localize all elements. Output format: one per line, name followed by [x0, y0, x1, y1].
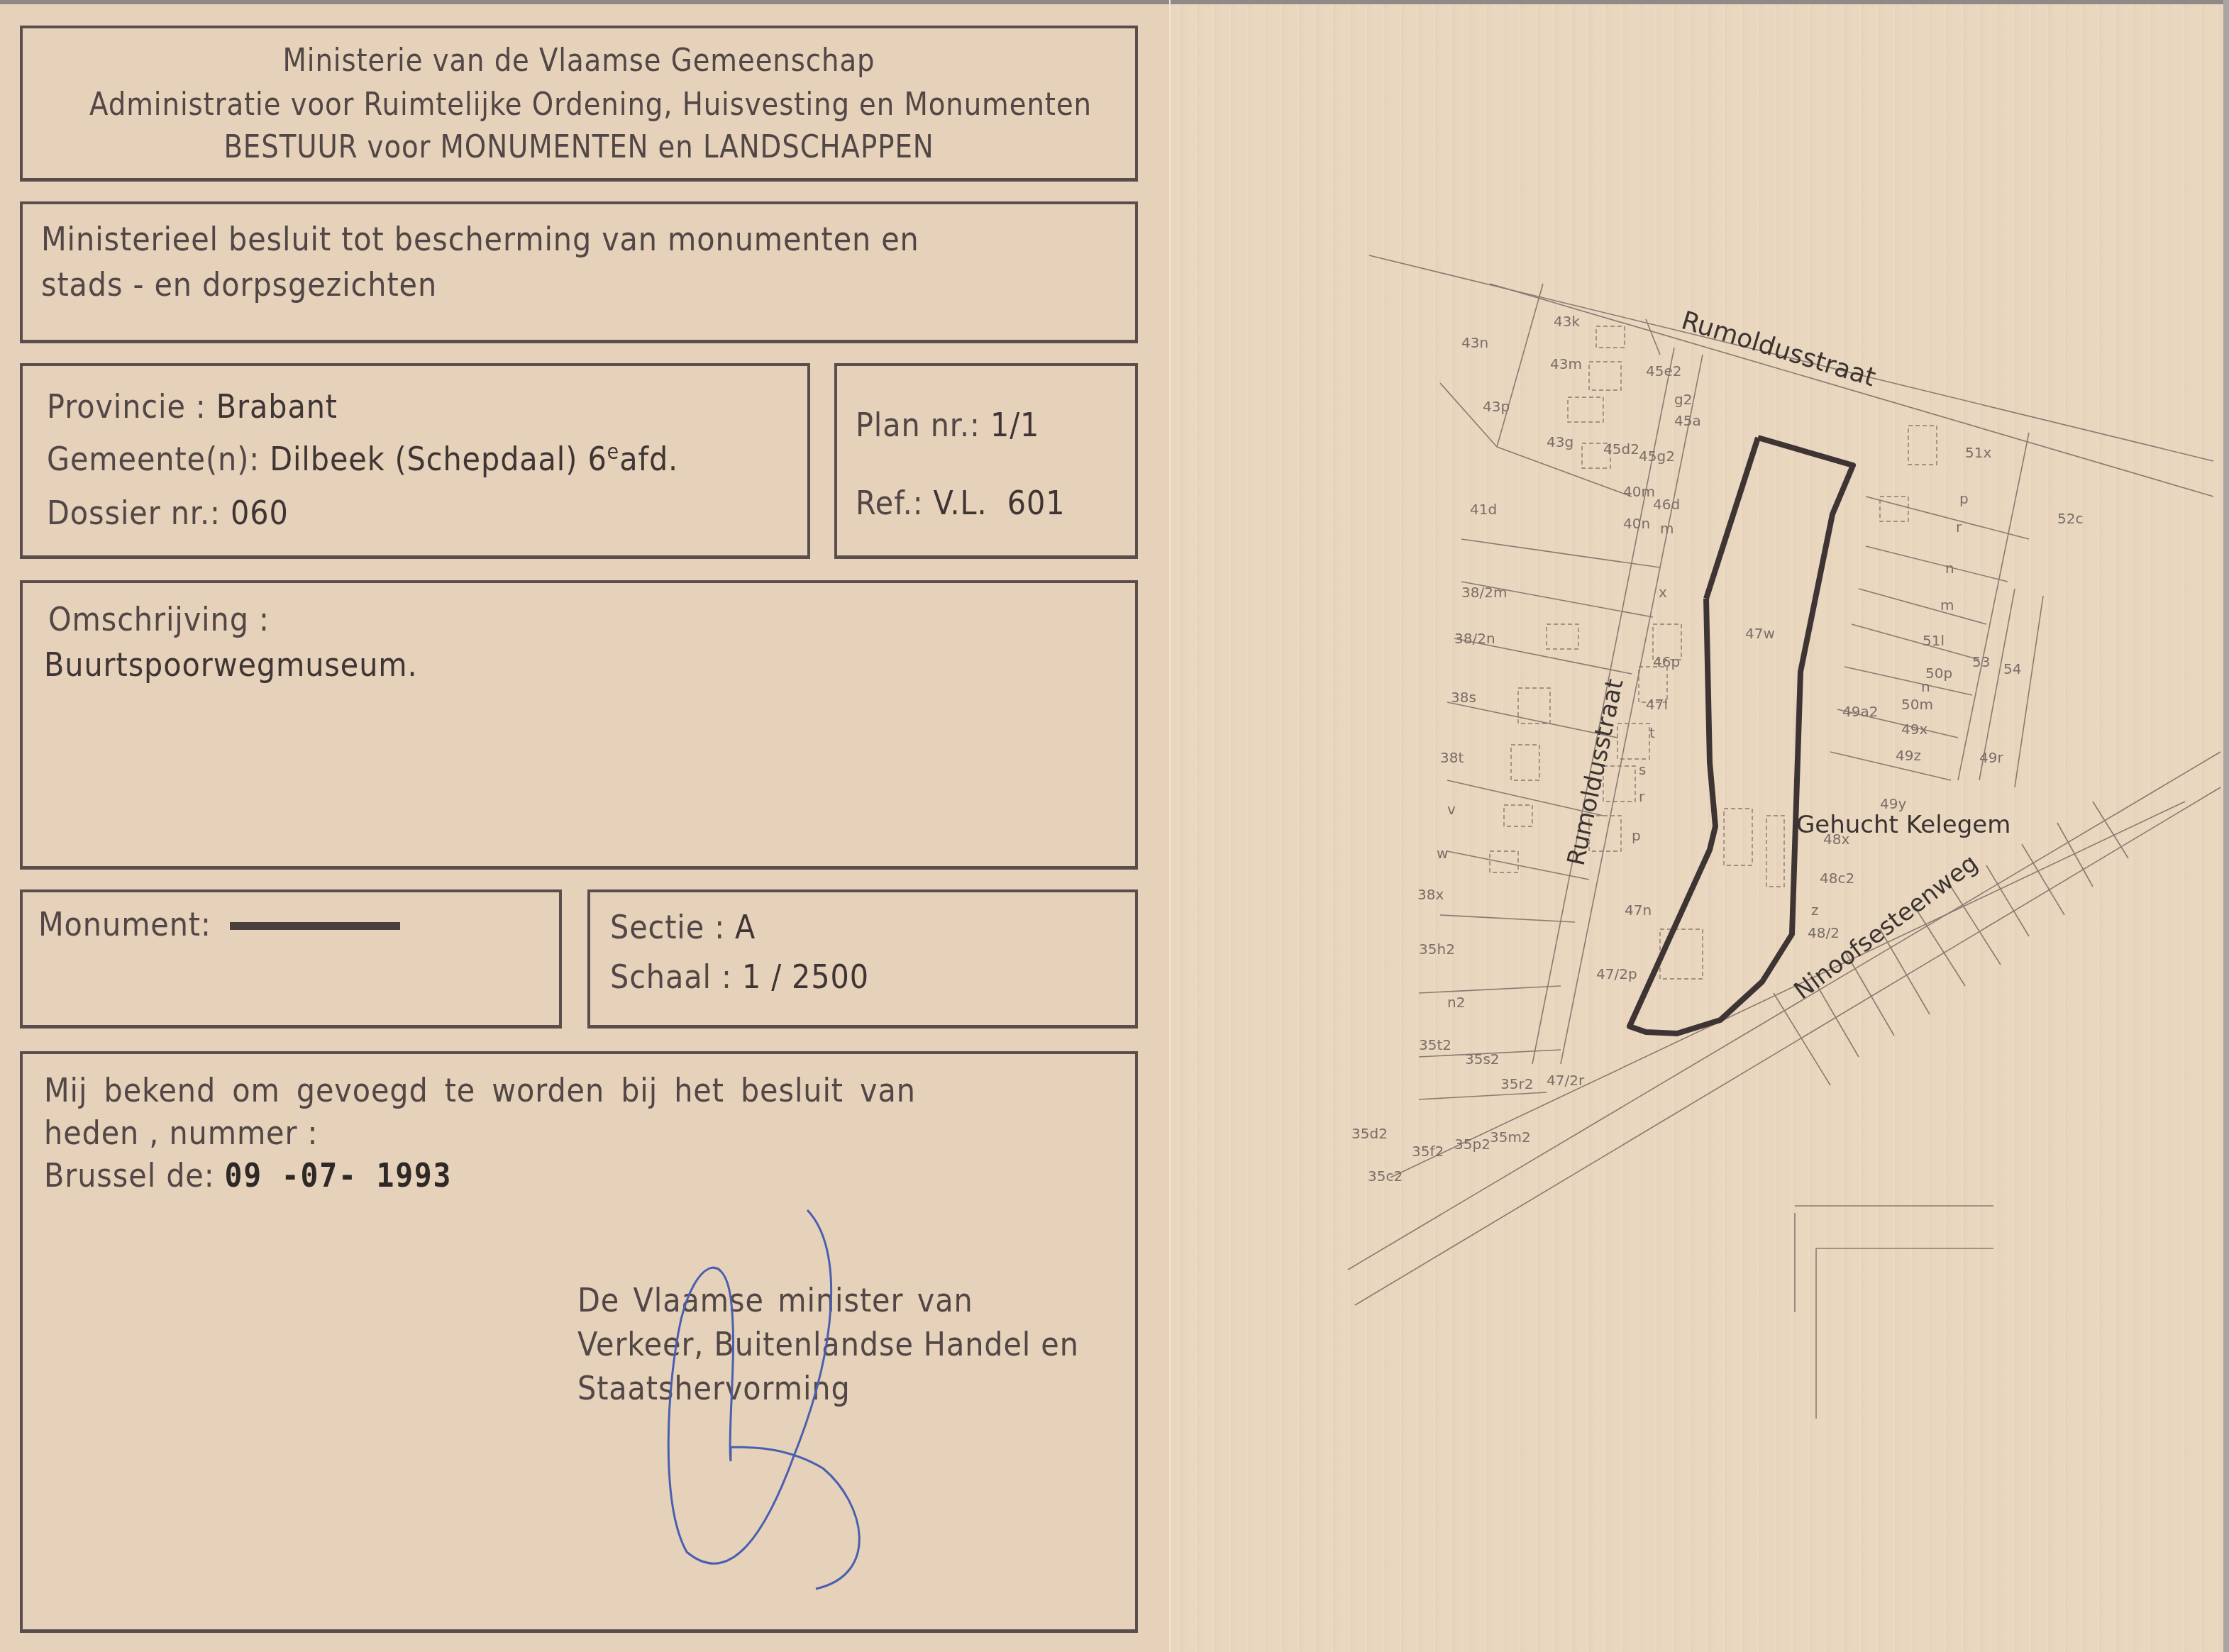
- parcel-number: 38t: [1440, 749, 1464, 766]
- dossier-label: Dossier nr.:: [47, 494, 221, 532]
- parcel-number: 49a2: [1842, 703, 1878, 720]
- ref-label: Ref.:: [856, 484, 924, 522]
- date-label: Brussel de:: [44, 1156, 215, 1194]
- header-box: Ministerie van de Vlaamse Gemeenschap Ad…: [20, 26, 1138, 182]
- parcel-number: n: [1945, 560, 1954, 577]
- parcel-number: 38/2m: [1461, 584, 1507, 601]
- department-title: BESTUUR voor MONUMENTEN en LANDSCHAPPEN: [89, 129, 1068, 165]
- parcel-number: 43g: [1547, 433, 1573, 450]
- sectie-row: Sectie : A: [610, 908, 756, 946]
- parcel-number: 43k: [1554, 313, 1580, 330]
- parcel-number: 46p: [1653, 653, 1680, 670]
- cadastral-map: Rumoldusstraat Rumoldusstraat Ninoofsest…: [1171, 4, 2223, 1652]
- parcel-number: r: [1956, 519, 1962, 536]
- schaal-label: Schaal :: [610, 958, 732, 996]
- section-box: Sectie : A Schaal : 1 / 2500: [587, 889, 1138, 1029]
- subject-line-2: stads - en dorpsgezichten: [41, 265, 437, 304]
- parcel-number: 40m: [1623, 483, 1655, 500]
- parcel-number: s: [1639, 761, 1646, 778]
- parcel-number: 35r2: [1500, 1075, 1533, 1092]
- parcel-number: w: [1437, 845, 1448, 862]
- parcel-number: 51l: [1923, 632, 1945, 649]
- parcel-number: 50m: [1901, 696, 1933, 713]
- parcel-number: 35p2: [1454, 1136, 1490, 1153]
- ref-value: V.L. 601: [934, 484, 1066, 522]
- parcel-number: 38s: [1451, 689, 1476, 706]
- parcel-number: 41d: [1470, 501, 1497, 518]
- parcel-number: 38/2n: [1454, 630, 1495, 647]
- parcel-number: 47w: [1745, 625, 1775, 642]
- plan-label: Plan nr.:: [856, 406, 980, 444]
- dossier-value: 060: [231, 494, 289, 532]
- parcel-number: p: [1632, 827, 1641, 844]
- parcel-number: 48/2: [1808, 924, 1840, 941]
- parcel-number: 53: [1972, 653, 1990, 670]
- parcel-number: 47n: [1625, 902, 1652, 919]
- parcel-number: 45a: [1674, 412, 1701, 429]
- parcel-number: 47/2r: [1547, 1072, 1585, 1089]
- parcel-number: 49x: [1901, 721, 1927, 738]
- schaal-value: 1 / 2500: [742, 958, 869, 996]
- parcel-number: 51x: [1965, 444, 1991, 461]
- gemeente-row: Gemeente(n): Dilbeek (Schepdaal) 6eafd.: [47, 440, 678, 478]
- parcel-number: 54: [2003, 660, 2021, 677]
- monument-legend-line: [230, 922, 400, 930]
- plan-value: 1/1: [990, 406, 1039, 444]
- building-outlines: [1490, 326, 1937, 979]
- gemeente-superscript: e: [607, 440, 620, 465]
- parcel-number: 45e2: [1646, 362, 1681, 379]
- legend-box: Monument:: [20, 889, 562, 1029]
- parcel-number: 43m: [1550, 355, 1582, 372]
- parcel-number: 49r: [1979, 749, 2003, 766]
- parcel-number: n2: [1447, 994, 1465, 1011]
- ministry-title: Ministerie van de Vlaamse Gemeenschap: [89, 43, 1068, 79]
- parcel-number: 35t2: [1419, 1036, 1451, 1053]
- scan-right-edge: [2223, 0, 2229, 1652]
- parcel-number: 48x: [1823, 831, 1849, 848]
- form-page: Ministerie van de Vlaamse Gemeenschap Ad…: [0, 4, 1169, 1652]
- parcel-number: 48c2: [1820, 870, 1854, 887]
- subject-box: Ministerieel besluit tot bescherming van…: [20, 201, 1138, 343]
- sectie-value: A: [735, 908, 756, 946]
- approval-date-row: Brussel de: 09 -07- 1993: [44, 1156, 452, 1194]
- gemeente-suffix: afd.: [619, 440, 678, 478]
- parcel-number: 49y: [1880, 795, 1906, 812]
- approval-line-2: heden , nummer :: [44, 1114, 318, 1152]
- parcel-number: 45d2: [1603, 440, 1639, 458]
- provincie-label: Provincie :: [47, 387, 206, 426]
- parcel-number: g2: [1674, 391, 1692, 408]
- dossier-row: Dossier nr.: 060: [47, 494, 289, 532]
- location-box: Provincie : Brabant Gemeente(n): Dilbeek…: [20, 363, 810, 559]
- schaal-row: Schaal : 1 / 2500: [610, 958, 869, 996]
- parcel-number: n: [1921, 678, 1930, 695]
- parcel-number: 35m2: [1490, 1129, 1531, 1146]
- parcel-number: z: [1811, 902, 1819, 919]
- plan-box: Plan nr.: 1/1 Ref.: V.L. 601: [834, 363, 1138, 559]
- approval-box: Mij bekend om gevoegd te worden bij het …: [20, 1051, 1138, 1633]
- gemeente-label: Gemeente(n):: [47, 440, 260, 478]
- parcel-number: r: [1639, 788, 1645, 805]
- parcel-number: v: [1447, 801, 1456, 818]
- parcel-number: m: [1660, 520, 1674, 537]
- parcel-labels: 43n 43k 43m 43p 43g 41d 40m 40n 45e2 g2 …: [1351, 313, 2083, 1185]
- parcel-number: 35h2: [1419, 941, 1455, 958]
- parcel-number: 43p: [1483, 398, 1510, 415]
- parcel-number: 43n: [1461, 334, 1488, 351]
- signatory-line-2: Verkeer, Buitenlandse Handel en: [577, 1325, 1079, 1363]
- signatory-line-3: Staatshervorming: [577, 1369, 851, 1407]
- parcel-number: 45g2: [1639, 448, 1675, 465]
- gemeente-value: Dilbeek (Schepdaal) 6: [270, 440, 607, 478]
- parcel-number: 52c: [2057, 510, 2083, 527]
- parcel-number: t: [1649, 724, 1655, 741]
- plan-row: Plan nr.: 1/1: [856, 406, 1039, 444]
- parcel-number: m: [1940, 597, 1954, 614]
- sectie-label: Sectie :: [610, 908, 725, 946]
- signatory-line-1: De Vlaamse minister van: [577, 1281, 973, 1319]
- parcel-number: x: [1659, 584, 1667, 601]
- description-value: Buurtspoorwegmuseum.: [44, 645, 418, 684]
- parcel-number: 35f2: [1412, 1143, 1444, 1160]
- parcel-number: 35d2: [1351, 1125, 1388, 1142]
- street-label-rumoldusstraat-north: Rumoldusstraat: [1678, 306, 1879, 392]
- description-label: Omschrijving :: [48, 600, 270, 638]
- parcel-number: 40n: [1623, 515, 1650, 532]
- description-box: Omschrijving : Buurtspoorwegmuseum.: [20, 580, 1138, 870]
- ref-row: Ref.: V.L. 601: [856, 484, 1065, 522]
- approval-line-1: Mij bekend om gevoegd te worden bij het …: [44, 1071, 916, 1109]
- date-stamp: 09 -07- 1993: [225, 1156, 453, 1194]
- subject-line-1: Ministerieel besluit tot bescherming van…: [41, 220, 919, 258]
- provincie-row: Provincie : Brabant: [47, 387, 338, 426]
- administration-title: Administratie voor Ruimtelijke Ordening,…: [89, 87, 1068, 123]
- parcel-number: 38x: [1417, 886, 1444, 903]
- provincie-value: Brabant: [216, 387, 338, 426]
- parcel-number: 47l: [1646, 696, 1668, 713]
- parcel-number: 47/2p: [1596, 965, 1637, 982]
- parcel-number: p: [1959, 490, 1969, 507]
- parcel-number: 46d: [1653, 496, 1680, 513]
- parcel-number: 35c2: [1368, 1168, 1403, 1185]
- monument-label: Monument:: [38, 905, 211, 943]
- parcel-number: 35s2: [1465, 1050, 1500, 1068]
- monument-outline-close: [1706, 438, 1758, 599]
- map-page: Rumoldusstraat Rumoldusstraat Ninoofsest…: [1171, 4, 2223, 1652]
- parcel-number: 49z: [1896, 747, 1921, 764]
